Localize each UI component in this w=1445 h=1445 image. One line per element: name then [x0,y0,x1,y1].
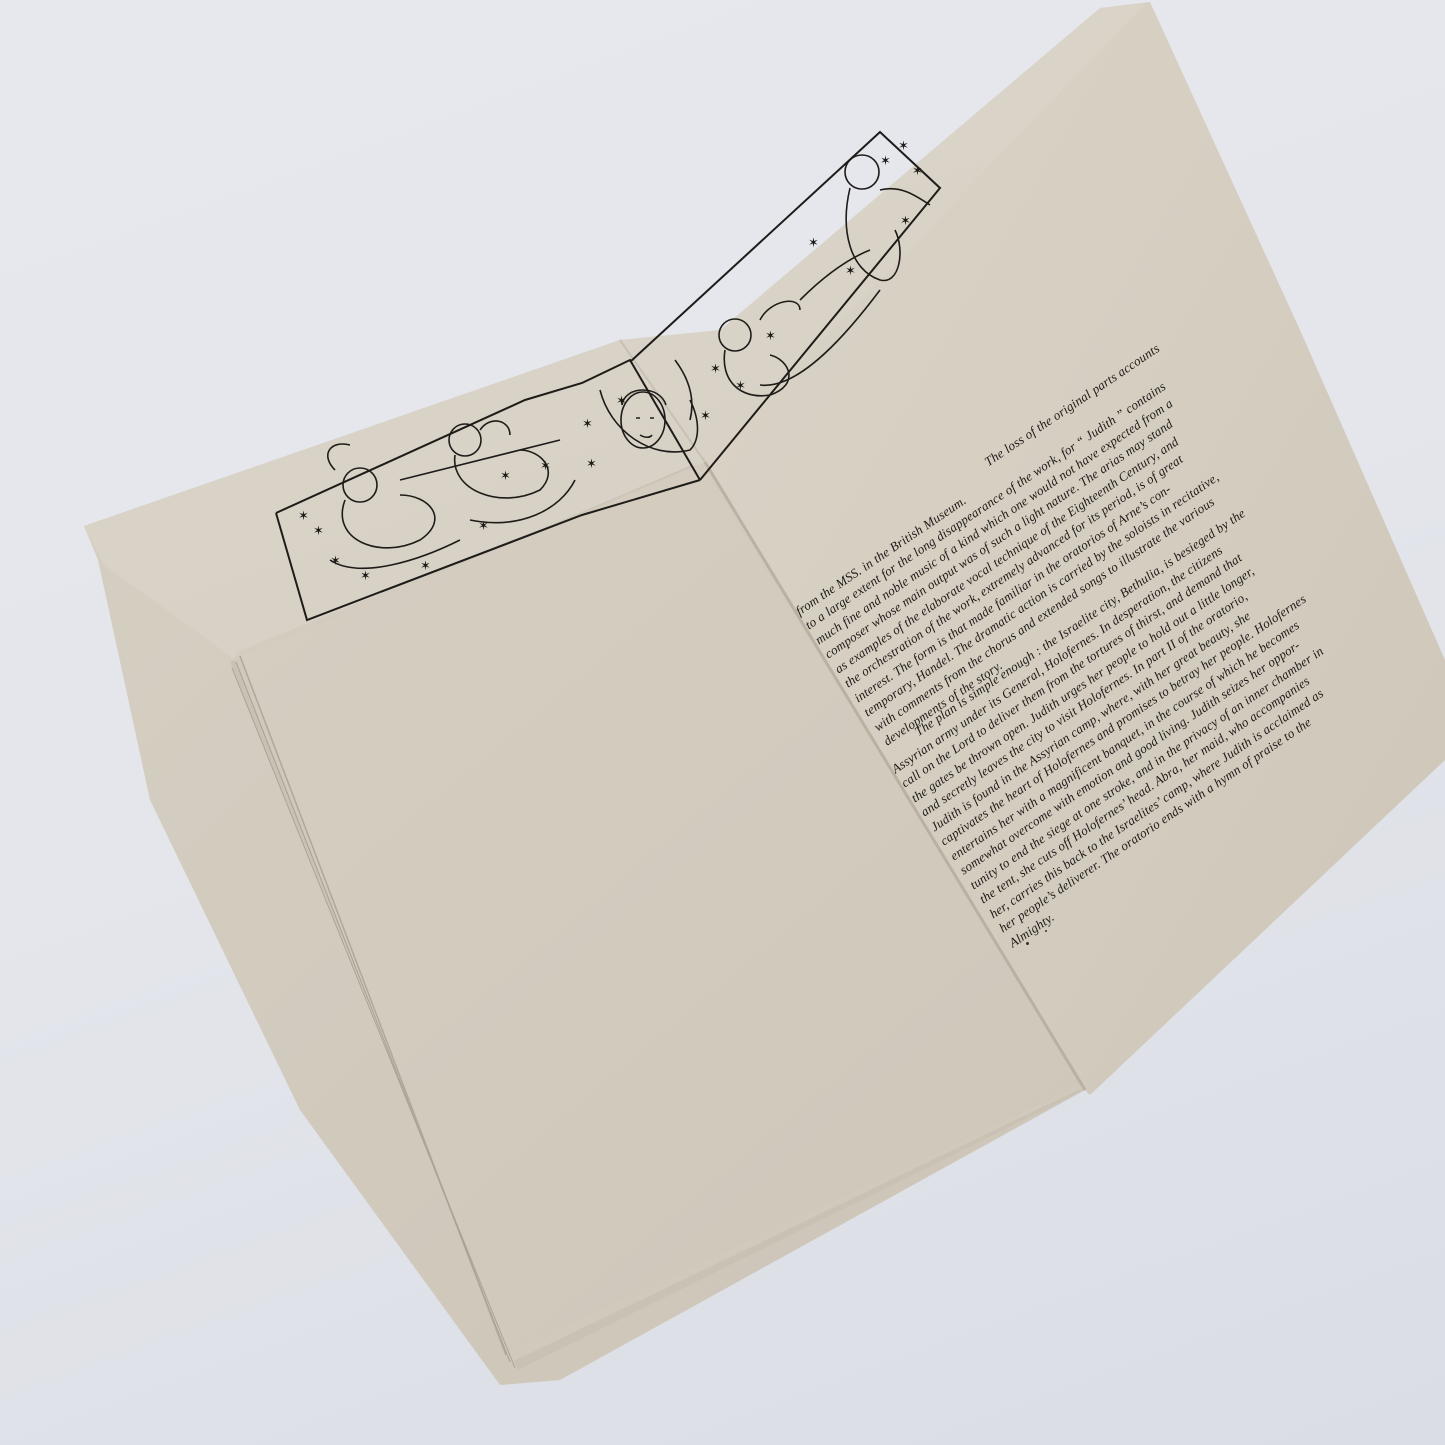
svg-text:✶: ✶ [898,139,909,154]
paper-speck [1045,930,1047,932]
booklet-photo: ✶✶✶ ✶✶✶ ✶✶✶ ✶✶✶ ✶✶✶ ✶✶✶ ✶✶✶ The loss of … [0,0,1445,1445]
svg-text:✶: ✶ [880,154,891,169]
paper-speck [1026,942,1029,945]
